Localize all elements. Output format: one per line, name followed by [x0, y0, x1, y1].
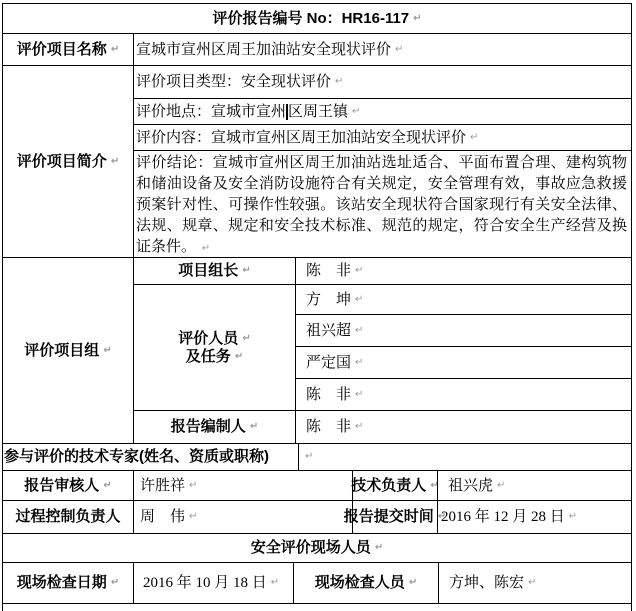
process-value-cell[interactable]: 周 伟 ↵ — [134, 501, 353, 533]
paragraph-mark-icon: ↵ — [189, 480, 197, 492]
auditor-value: 许胜祥 — [140, 477, 185, 495]
brief-location-text-after: 区周王镇 — [288, 103, 348, 121]
team-member-row: 严定国 ↵ — [296, 347, 631, 379]
paragraph-mark-icon: ↵ — [111, 44, 119, 56]
team-member-cell[interactable]: 方 坤 ↵ — [296, 285, 631, 314]
paragraph-mark-icon: ↵ — [305, 451, 313, 463]
brief-conclusion-subrow: 评价结论：宣城市宣州区周王加油站选址适合、平面布置合理、建构筑物和储油设备及安全… — [134, 151, 631, 259]
project-team-detail-column: 项目组长 ↵ 陈 非 ↵ 评价人员 ↵ 及任务 ↵ — [134, 258, 631, 443]
paragraph-mark-icon: ↵ — [395, 44, 403, 56]
brief-type-cell[interactable]: 评价项目类型：安全现状评价 ↵ — [134, 66, 631, 98]
paragraph-mark-icon: ↵ — [111, 156, 119, 168]
project-name-row: 评价项目名称 ↵ 宣城市宣州区周王加油站安全现状评价 ↵ — [3, 34, 631, 66]
site-staff-label: 现场检查人员 — [315, 574, 405, 592]
team-member-cell[interactable]: 陈 非 ↵ — [296, 379, 631, 410]
project-team-label-cell[interactable]: 评价项目组 ↵ — [3, 258, 134, 443]
auditor-label-cell[interactable]: 报告审核人 ↵ — [3, 471, 134, 500]
site-header-text: 安全评价现场人员 — [251, 539, 371, 557]
partial-bottom-cell[interactable] — [3, 604, 631, 611]
tech-lead-value: 祖兴虎 — [448, 477, 493, 495]
paragraph-mark-icon: ↵ — [271, 577, 279, 589]
report-no-cell[interactable]: 评价报告编号 No：HR16-117 ↵ — [3, 4, 631, 33]
team-member-row: 祖兴超 ↵ — [296, 315, 631, 347]
evaluation-report-table: 评价报告编号 No：HR16-117 ↵ 评价项目名称 ↵ 宣城市宣州区周王加油… — [2, 3, 632, 611]
brief-content-cell[interactable]: 评价内容：宣城市宣州区周王加油站安全现状评价 ↵ — [134, 125, 631, 150]
paragraph-mark-icon: ↵ — [497, 480, 505, 492]
site-date-label-cell[interactable]: 现场检查日期 ↵ — [3, 563, 134, 603]
paragraph-mark-icon: ↵ — [235, 351, 243, 363]
site-date-value: 2016 年 10 月 18 日 — [143, 574, 267, 592]
paragraph-mark-icon: ↵ — [202, 243, 210, 254]
paragraph-mark-icon: ↵ — [355, 421, 363, 433]
project-team-row: 评价项目组 ↵ 项目组长 ↵ 陈 非 ↵ 评价人员 ↵ — [3, 258, 631, 444]
brief-type-text: 评价项目类型：安全现状评价 — [136, 73, 331, 91]
team-compiler-value: 陈 非 — [306, 418, 351, 436]
team-member-cell[interactable]: 祖兴超 ↵ — [296, 315, 631, 346]
team-compiler-value-cell[interactable]: 陈 非 ↵ — [296, 411, 631, 443]
project-team-label: 评价项目组 — [24, 342, 99, 360]
team-member-cell[interactable]: 严定国 ↵ — [296, 347, 631, 378]
team-compiler-label-cell[interactable]: 报告编制人 ↵ — [134, 411, 296, 443]
paragraph-mark-icon: ↵ — [250, 421, 258, 433]
report-no-text: 评价报告编号 No：HR16-117 — [212, 10, 409, 28]
submit-value-cell[interactable]: 2016 年 12 月 28 日 ↵ — [438, 501, 631, 533]
paragraph-mark-icon: ↵ — [335, 76, 343, 88]
paragraph-mark-icon: ↵ — [103, 480, 111, 492]
process-row: 过程控制负责人 周 伟 ↵ 报告提交时间 ↵ 2016 年 12 月 28 日 … — [3, 501, 631, 534]
team-member-row: 陈 非 ↵ — [296, 379, 631, 410]
paragraph-mark-icon: ↵ — [409, 577, 417, 589]
brief-conclusion-text: 评价结论：宣城市宣州区周王加油站选址适合、平面布置合理、建构筑物和储油设备及安全… — [136, 155, 627, 255]
site-staff-value-cell[interactable]: 方坤、陈宏 ↵ — [439, 563, 631, 603]
tech-lead-label: 技术负责人 — [351, 477, 426, 495]
paragraph-mark-icon: ↵ — [355, 389, 363, 401]
experts-row: 参与评价的技术专家(姓名、资质或职称) ↵ — [3, 444, 631, 471]
paragraph-mark-icon: ↵ — [355, 265, 363, 277]
paragraph-mark-icon: ↵ — [189, 511, 197, 523]
site-header-cell[interactable]: 安全评价现场人员 ↵ — [3, 534, 631, 562]
process-label: 过程控制负责人 — [15, 508, 120, 526]
report-no-row: 评价报告编号 No：HR16-117 ↵ — [3, 4, 631, 34]
team-leader-value: 陈 非 — [306, 262, 351, 280]
team-compiler-label: 报告编制人 — [171, 418, 246, 436]
paragraph-mark-icon: ↵ — [352, 106, 360, 118]
paragraph-mark-icon: ↵ — [375, 542, 383, 554]
team-member-name: 方 坤 — [306, 291, 351, 309]
project-name-value: 宣城市宣州区周王加油站安全现状评价 — [136, 41, 391, 59]
brief-type-subrow: 评价项目类型：安全现状评价 ↵ — [134, 66, 631, 99]
team-leader-value-cell[interactable]: 陈 非 ↵ — [296, 258, 631, 284]
team-member-name: 严定国 — [306, 354, 351, 372]
brief-location-subrow: 评价地点：宣城市宣州 区周王镇 ↵ — [134, 99, 631, 125]
brief-conclusion-cell[interactable]: 评价结论：宣城市宣州区周王加油站选址适合、平面布置合理、建构筑物和储油设备及安全… — [134, 151, 631, 259]
brief-content-subrow: 评价内容：宣城市宣州区周王加油站安全现状评价 ↵ — [134, 125, 631, 151]
team-member-name: 陈 非 — [306, 386, 351, 404]
experts-label: 参与评价的技术专家(姓名、资质或职称) — [4, 448, 269, 466]
site-header-row: 安全评价现场人员 ↵ — [3, 534, 631, 563]
project-brief-label: 评价项目简介 — [17, 153, 107, 171]
paragraph-mark-icon: ↵ — [111, 577, 119, 589]
experts-label-cell[interactable]: 参与评价的技术专家(姓名、资质或职称) — [3, 444, 299, 470]
team-leader-label-cell[interactable]: 项目组长 ↵ — [134, 258, 296, 284]
team-compiler-subrow: 报告编制人 ↵ 陈 非 ↵ — [134, 411, 631, 443]
auditor-value-cell[interactable]: 许胜祥 ↵ — [134, 471, 353, 500]
paragraph-mark-icon: ↵ — [103, 345, 111, 357]
site-inspection-row: 现场检查日期 ↵ 2016 年 10 月 18 日 ↵ 现场检查人员 ↵ 方坤、… — [3, 563, 631, 604]
project-brief-detail-column: 评价项目类型：安全现状评价 ↵ 评价地点：宣城市宣州 区周王镇 ↵ 评价内容：宣… — [134, 66, 631, 257]
paragraph-mark-icon: ↵ — [470, 132, 478, 144]
team-members-label-line2-wrap: 及任务 ↵ — [186, 348, 243, 366]
process-value: 周 伟 — [140, 508, 185, 526]
process-label-cell[interactable]: 过程控制负责人 — [3, 501, 134, 533]
team-members-label-line1: 评价人员 — [178, 330, 238, 348]
paragraph-mark-icon: ↵ — [413, 13, 421, 25]
experts-value-cell[interactable]: ↵ — [299, 444, 631, 470]
team-members-label-line1-wrap: 评价人员 ↵ — [178, 330, 250, 348]
site-date-label: 现场检查日期 — [17, 574, 107, 592]
tech-lead-value-cell[interactable]: 祖兴虎 ↵ — [438, 471, 631, 500]
paragraph-mark-icon: ↵ — [355, 294, 363, 306]
team-members-label-line2: 及任务 — [186, 348, 231, 366]
project-brief-row: 评价项目简介 ↵ 评价项目类型：安全现状评价 ↵ 评价地点：宣城市宣州 区周王镇… — [3, 66, 631, 258]
partial-bottom-row — [3, 604, 631, 611]
project-name-label-cell[interactable]: 评价项目名称 ↵ — [3, 34, 134, 65]
submit-value: 2016 年 12 月 28 日 — [441, 508, 565, 526]
team-members-subrow: 评价人员 ↵ 及任务 ↵ 方 坤 ↵ — [134, 285, 631, 411]
paragraph-mark-icon: ↵ — [355, 325, 363, 337]
auditor-label: 报告审核人 — [24, 477, 99, 495]
team-members-label-cell[interactable]: 评价人员 ↵ 及任务 ↵ — [134, 285, 296, 410]
submit-label-cell[interactable]: 报告提交时间 ↵ — [352, 501, 438, 533]
brief-content-text: 评价内容：宣城市宣州区周王加油站安全现状评价 — [136, 129, 466, 147]
review-row: 报告审核人 ↵ 许胜祥 ↵ 技术负责人 ↵ 祖兴虎 ↵ — [3, 471, 631, 501]
project-name-value-cell[interactable]: 宣城市宣州区周王加油站安全现状评价 ↵ — [134, 34, 631, 65]
submit-label: 报告提交时间 — [344, 508, 434, 526]
team-member-row: 方 坤 ↵ — [296, 285, 631, 315]
tech-lead-label-cell[interactable]: 技术负责人 ↵ — [352, 471, 438, 500]
site-staff-label-cell[interactable]: 现场检查人员 ↵ — [294, 563, 439, 603]
site-staff-value: 方坤、陈宏 — [449, 574, 524, 592]
project-name-label: 评价项目名称 — [17, 41, 107, 59]
team-member-name: 祖兴超 — [306, 322, 351, 340]
team-leader-label: 项目组长 — [178, 262, 238, 280]
paragraph-mark-icon: ↵ — [569, 511, 577, 523]
team-members-list: 方 坤 ↵ 祖兴超 ↵ 严定国 ↵ — [296, 285, 631, 410]
brief-location-cell[interactable]: 评价地点：宣城市宣州 区周王镇 ↵ — [134, 99, 631, 124]
brief-location-text-before: 评价地点：宣城市宣州 — [136, 103, 286, 121]
paragraph-mark-icon: ↵ — [355, 357, 363, 369]
paragraph-mark-icon: ↵ — [242, 333, 250, 345]
paragraph-mark-icon: ↵ — [242, 265, 250, 277]
site-date-value-cell[interactable]: 2016 年 10 月 18 日 ↵ — [134, 563, 294, 603]
paragraph-mark-icon: ↵ — [528, 577, 536, 589]
team-leader-subrow: 项目组长 ↵ 陈 非 ↵ — [134, 258, 631, 285]
project-brief-label-cell[interactable]: 评价项目简介 ↵ — [3, 66, 134, 257]
